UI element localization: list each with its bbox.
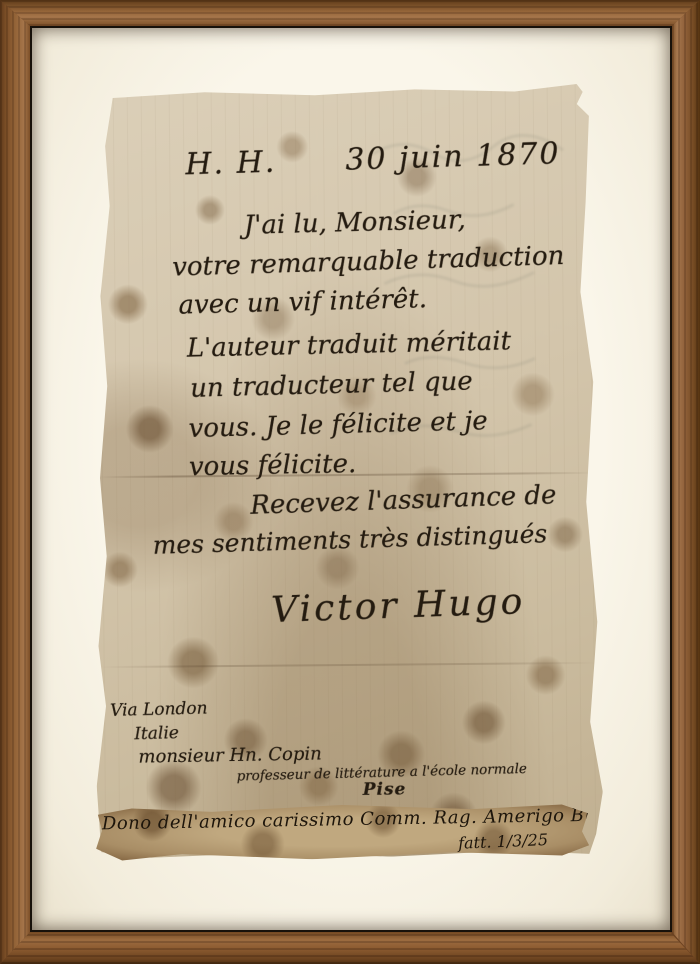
fold-crease: [100, 662, 597, 668]
framed-letter-photo: H. H. 30 juin 1870 J'ai lu, Monsieur, vo…: [0, 0, 700, 964]
address-line: Via London: [110, 698, 208, 721]
letter-closing-line: mes sentiments très distingués: [152, 519, 547, 560]
frame-right: [672, 0, 700, 964]
address-line: monsieur Hn. Copin: [138, 743, 322, 767]
frame-left: [0, 0, 30, 964]
address-line: Italie: [134, 723, 179, 744]
dedication-strip: Dono dell'amico carissimo Comm. Rag. Ame…: [92, 801, 594, 863]
letter-body-line: vous félicite.: [189, 449, 357, 482]
mat-board: H. H. 30 juin 1870 J'ai lu, Monsieur, vo…: [30, 26, 672, 932]
address-city: Pise: [363, 779, 407, 799]
letter-body-line: J'ai lu, Monsieur,: [243, 205, 466, 241]
letter-closing-line: Recevez l'assurance de: [250, 480, 557, 521]
letter-paper: H. H. 30 juin 1870 J'ai lu, Monsieur, vo…: [85, 82, 610, 866]
signature-victor-hugo: Victor Hugo: [271, 581, 526, 631]
dedication-date: fatt. 1/3/25: [458, 830, 549, 853]
frame-bottom: [0, 932, 700, 964]
frame-top: [0, 0, 700, 26]
